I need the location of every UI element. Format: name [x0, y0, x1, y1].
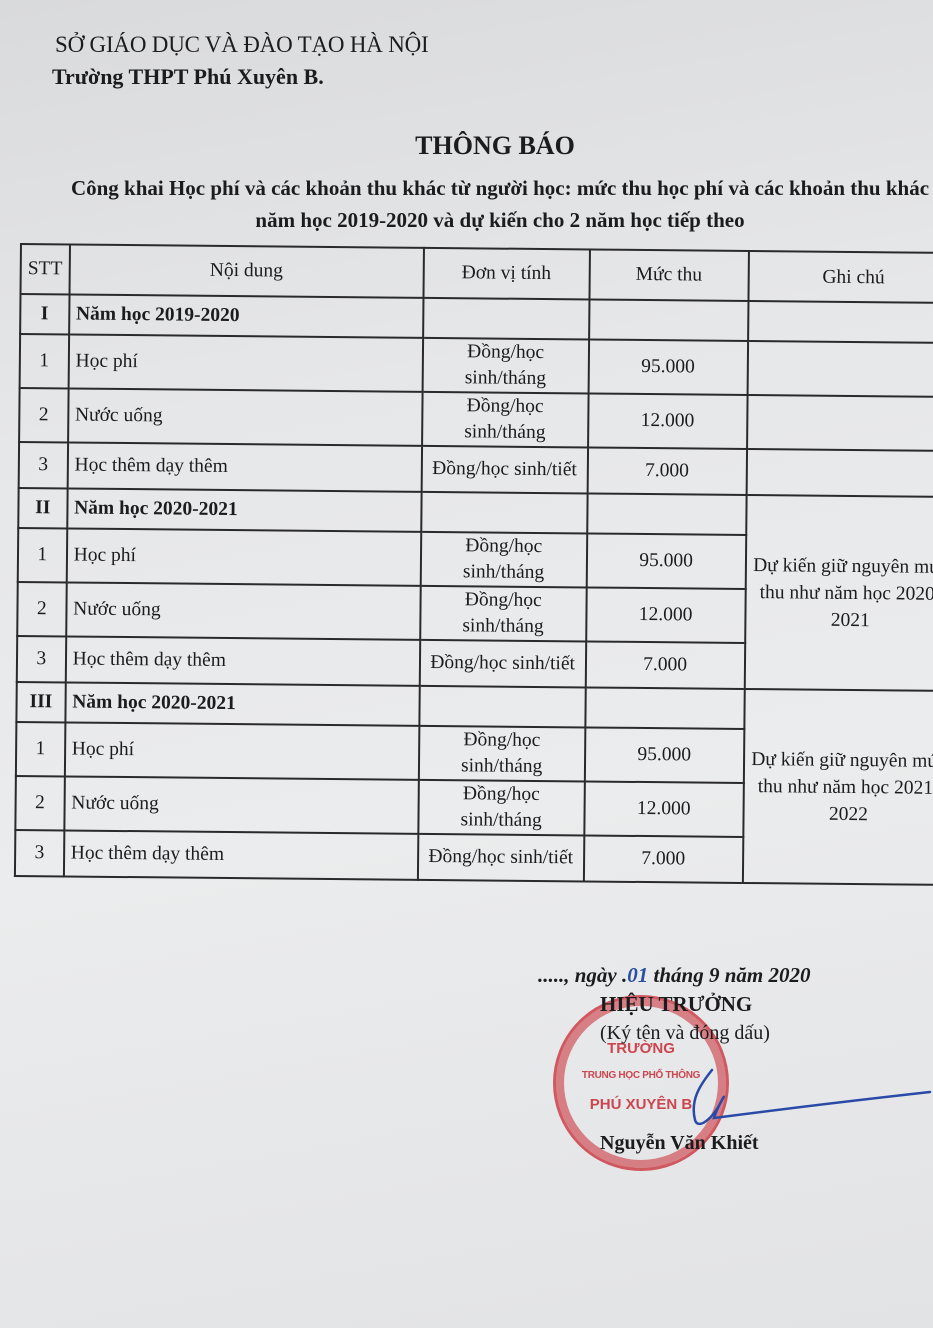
document-title: THÔNG BÁO — [0, 131, 933, 161]
item-content: Học thêm dạy thêm — [65, 636, 419, 685]
section-unit-empty — [421, 492, 587, 534]
item-unit: Đồng/học sinh/tiết — [421, 446, 587, 494]
item-amount: 95.000 — [588, 339, 748, 395]
section-amount-empty — [589, 299, 748, 341]
section-amount-empty — [585, 687, 744, 729]
item-content: Học thêm dạy thêm — [67, 442, 421, 491]
note-text: Dự kiến giữ nguyên mức thu như năm học 2… — [750, 746, 933, 829]
section-stt: II — [18, 488, 67, 528]
section-unit-empty — [423, 298, 589, 340]
section-label: Năm học 2020-2021 — [67, 488, 421, 531]
item-unit: Đồng/học sinh/tháng — [419, 726, 586, 782]
item-unit: Đồng/học sinh/tháng — [422, 392, 589, 448]
item-note — [747, 341, 933, 397]
item-stt: 2 — [17, 582, 66, 636]
header-school-name: Trường THPT Phú Xuyên B. — [52, 64, 324, 90]
item-content: Nước uống — [66, 582, 421, 639]
item-note — [746, 449, 933, 497]
date-prefix: ....., ngày . — [538, 963, 627, 987]
document-subtitle: Công khai Học phí và các khoản thu khác … — [60, 172, 933, 236]
signature-date: ....., ngày .01 tháng 9 năm 2020 — [538, 963, 810, 988]
table-row: 2Nước uốngĐồng/học sinh/tháng12.000 — [19, 388, 933, 451]
item-stt: 1 — [16, 722, 65, 776]
section-note: Dự kiến giữ nguyên mức thu như năm học 2… — [743, 689, 933, 885]
item-stt: 3 — [17, 636, 66, 682]
stamp-line-3: PHÚ XUYÊN B — [556, 1096, 726, 1113]
item-note — [747, 395, 933, 451]
section-unit-empty — [419, 686, 585, 728]
note-text: Dự kiến giữ nguyên mức thu như năm học 2… — [752, 552, 933, 635]
item-amount: 95.000 — [585, 727, 745, 783]
stamp-line-2: TRUNG HỌC PHỔ THÔNG — [556, 1070, 726, 1081]
item-unit: Đồng/học sinh/tháng — [420, 586, 587, 642]
item-unit: Đồng/học sinh/tiết — [419, 640, 585, 688]
date-day: 01 — [627, 963, 648, 987]
item-content: Học phí — [68, 334, 423, 391]
item-unit: Đồng/học sinh/tháng — [420, 532, 587, 588]
item-content: Học thêm dạy thêm — [64, 830, 418, 879]
col-header-amount: Mức thu — [589, 249, 748, 301]
signer-title: HIỆU TRƯỞNG — [600, 992, 752, 1017]
item-content: Học phí — [66, 528, 421, 585]
fee-table: STT Nội dung Đơn vị tính Mức thu Ghi chú… — [14, 243, 933, 886]
item-stt: 2 — [19, 388, 68, 442]
item-amount: 95.000 — [586, 533, 746, 589]
item-unit: Đồng/học sinh/tiết — [418, 834, 584, 882]
col-header-content: Nội dung — [69, 244, 423, 297]
item-stt: 1 — [20, 334, 69, 388]
item-amount: 12.000 — [584, 781, 744, 837]
section-label: Năm học 2019-2020 — [69, 294, 423, 337]
section-stt: III — [16, 682, 65, 722]
col-header-note: Ghi chú — [748, 251, 933, 303]
section-note: Dự kiến giữ nguyên mức thu như năm học 2… — [744, 495, 933, 691]
signer-name: Nguyễn Văn Khiết — [600, 1132, 759, 1155]
table-header-row: STT Nội dung Đơn vị tính Mức thu Ghi chú — [21, 244, 933, 303]
section-amount-empty — [587, 493, 746, 535]
header-organization: SỞ GIÁO DỤC VÀ ĐÀO TẠO HÀ NỘI — [55, 32, 429, 58]
date-suffix: tháng 9 năm 2020 — [648, 963, 810, 987]
item-content: Nước uống — [68, 388, 423, 445]
col-header-unit: Đơn vị tính — [423, 248, 589, 300]
section-label: Năm học 2020-2021 — [65, 682, 419, 725]
item-content: Nước uống — [64, 776, 419, 833]
document-page: SỞ GIÁO DỤC VÀ ĐÀO TẠO HÀ NỘI Trường THP… — [0, 0, 933, 1328]
signer-note: (Ký tên và đóng dấu) — [600, 1022, 770, 1045]
item-stt: 3 — [15, 830, 64, 876]
item-stt: 1 — [18, 528, 67, 582]
item-unit: Đồng/học sinh/tháng — [422, 338, 589, 394]
section-stt: I — [20, 294, 69, 334]
item-amount: 12.000 — [586, 587, 746, 643]
col-header-stt: STT — [21, 244, 70, 294]
item-amount: 12.000 — [588, 393, 748, 449]
item-amount: 7.000 — [584, 835, 743, 883]
item-amount: 7.000 — [587, 447, 746, 495]
item-unit: Đồng/học sinh/tháng — [418, 780, 585, 836]
item-content: Học phí — [65, 722, 420, 779]
section-note — [748, 301, 933, 343]
item-amount: 7.000 — [585, 641, 744, 689]
item-stt: 2 — [15, 776, 64, 830]
item-stt: 3 — [19, 442, 68, 488]
table-row: 1Học phíĐồng/học sinh/tháng95.000 — [20, 334, 933, 397]
